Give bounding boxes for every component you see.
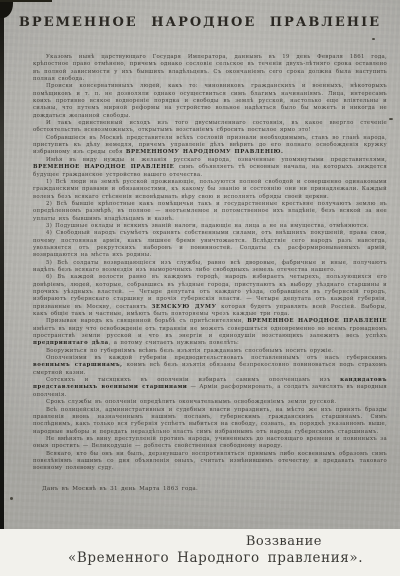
paragraph: Происки консервативныхъ людей, какъ то: … [33,83,387,120]
paragraph: Всѣ полицейскія, административныя и суде… [33,407,387,436]
paragraph: Не вмѣнять въ вину преступленій противъ … [33,436,387,451]
scan-speck [10,497,13,500]
body-text: Указомъ нынѣ царствующаго Государя Импер… [33,54,387,82]
paragraph: 2) Всѣ бывшіе крѣпостные какъ помѣщичьи … [33,201,387,223]
book-caption: Воззвание «Временного Народного правлени… [0,529,400,576]
paragraph: Сотскихъ и тысяцкихъ въ ополченіи избира… [33,377,387,399]
body-text: Не вмѣнять въ вину преступленій противъ … [33,436,387,449]
caption-line-1: Воззвание [0,529,400,549]
document-body: Указомъ нынѣ царствующаго Государя Импер… [0,54,400,473]
paragraph: Призывая народъ къ священной борьбѣ съ п… [33,318,387,347]
body-text: имѣетъ въ виду что освобожденіе отъ тира… [33,326,387,339]
emphasized-text: предпринятаго дѣла [33,340,109,346]
body-text: Всѣ полицейскія, административныя и суде… [33,407,387,435]
document-title: ВРЕМЕННОЕ НАРОДНОЕ ПРАВЛЕНІЕ [0,0,400,30]
document-scan: ВРЕМЕННОЕ НАРОДНОЕ ПРАВЛЕНІЕ Указомъ нын… [0,0,400,529]
body-text: Вооружиться по губерніямъ всѣмъ безъ изъ… [46,348,333,354]
paragraph: Имѣя въ виду нужды и желанія русскаго на… [33,157,387,179]
body-text: Срокъ службы въ ополченіи опредѣлить око… [46,399,336,405]
paragraph: 5) Всѣ солдаты возвращающіеся изъ службы… [33,260,387,275]
paragraph: Собравшіеся въ Москвѣ представители всѣх… [33,135,387,157]
paragraph: Указомъ нынѣ царствующаго Государя Импер… [33,54,387,83]
body-text: Происки консервативныхъ людей, какъ то: … [33,83,387,118]
body-text: Всякаго, кто бы онъ ни былъ, дерзнувшаго… [33,451,387,472]
body-text: Ополченіями въ каждой губерніи предводит… [46,355,387,361]
emphasized-text: военнымъ старшинамъ, [33,362,123,368]
paragraph: Ополченіями въ каждой губерніи предводит… [33,355,387,377]
body-text: , а потому считаетъ нужнымъ повелѣть: [109,340,239,346]
body-text: 5) Всѣ солдаты возвращающіеся изъ службы… [33,260,387,273]
emphasized-text: ВРЕМЕННОЕ НАРОДНОЕ ПРАВЛЕНІЕ [33,164,174,170]
date-line: Данъ въ Москвѣ въ 31 день Марта 1863 год… [42,486,400,492]
paragraph: Срокъ службы въ ополченіи опредѣлить око… [33,399,387,406]
body-text: И такъ единственный исходъ изъ того двус… [33,120,387,133]
emphasized-text: ВРЕМЕННОМУ НАРОДНОМУ ПРАВЛЕНІЮ. [126,149,284,155]
body-text: 4) Свободный народъ съумѣетъ охранять со… [33,230,387,258]
caption-line-2: «Временного Народного правления». [0,549,400,566]
paragraph: 1) Всѣ люди на землѣ русской проживающіе… [33,179,387,201]
paragraph: И такъ единственный исходъ изъ того двус… [33,120,387,135]
paragraph: 6) Въ каждой волости равно въ каждомъ го… [33,274,387,318]
emphasized-text: ЗЕМСКУЮ ДУМУ [151,304,216,310]
paragraph: Вооружиться по губерніямъ всѣмъ безъ изъ… [33,348,387,355]
emphasized-text: ВРЕМЕННОЕ НАРОДНОЕ ПРАВЛЕНІЕ [247,318,387,324]
body-text: Сотскихъ и тысяцкихъ въ ополченіи избира… [46,377,340,383]
body-text: 3) Подушные оклады и всякихъ званій нало… [46,223,369,229]
paragraph: 4) Свободный народъ съумѣетъ охранять со… [33,230,387,259]
paragraph: Всякаго, кто бы онъ ни былъ, дерзнувшаго… [33,451,387,473]
scan-speck [372,38,375,40]
body-text: Призывая народъ къ священной борьбѣ съ п… [46,318,247,324]
body-text: 1) Всѣ люди на землѣ русской проживающіе… [33,179,387,200]
body-text: 2) Всѣ бывшіе крѣпостные какъ помѣщичьи … [33,201,387,222]
body-text: Имѣя въ виду нужды и желанія русскаго на… [46,157,387,163]
book-page: ВРЕМЕННОЕ НАРОДНОЕ ПРАВЛЕНІЕ Указомъ нын… [0,0,400,576]
